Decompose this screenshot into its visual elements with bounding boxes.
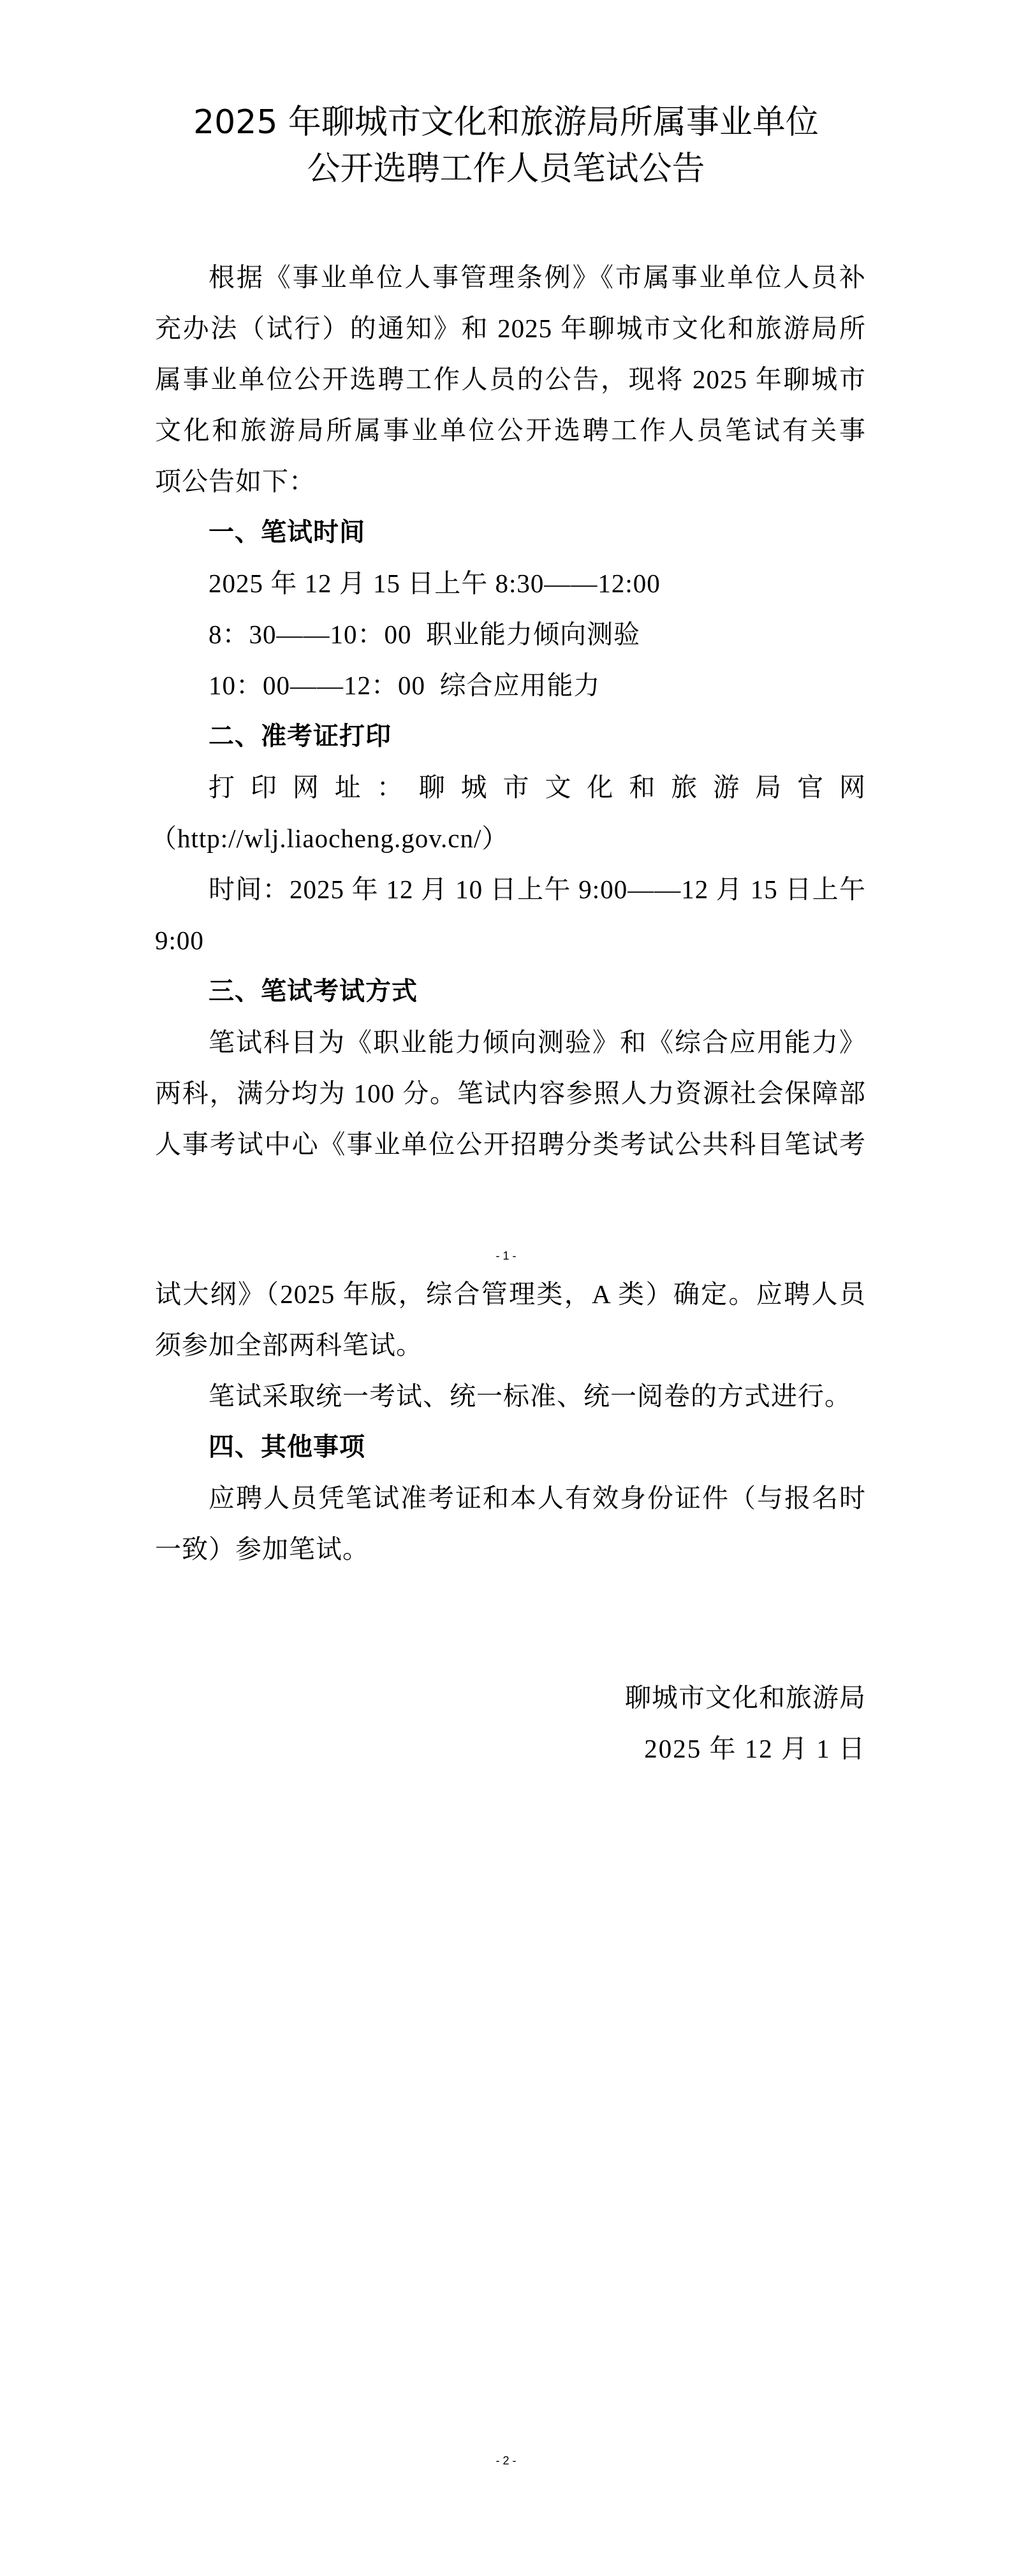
- section-line: 应聘人员凭笔试准考证和本人有效身份证件（与报名时: [209, 1482, 866, 1514]
- section-line: 2025 年 12 月 15 日上午 8:30——12:00: [209, 567, 866, 599]
- section-line: 时间：2025 年 12 月 10 日上午 9:00——12 月 15 日上午: [209, 873, 866, 905]
- section-heading: 二、准考证打印: [209, 720, 866, 752]
- print-url-link[interactable]: （http://wlj.liaocheng.gov.cn/）: [150, 822, 862, 854]
- section-line: 须参加全部两科笔试。: [155, 1329, 866, 1361]
- intro-line: 文化和旅游局所属事业单位公开选聘工作人员笔试有关事: [155, 414, 866, 446]
- intro-line: 属事业单位公开选聘工作人员的公告，现将 2025 年聊城市: [155, 363, 866, 395]
- print-url-label: 打印网址：聊城市文化和旅游局官网: [209, 771, 866, 803]
- section-line: 两科，满分均为 100 分。笔试内容参照人力资源社会保障部: [155, 1077, 866, 1109]
- section-heading: 四、其他事项: [209, 1431, 866, 1463]
- page-number-1: - 1 -: [0, 1248, 1012, 1263]
- section-heading: 一、笔试时间: [209, 516, 866, 548]
- section-line: 人事考试中心《事业单位公开招聘分类考试公共科目笔试考: [155, 1128, 866, 1160]
- section-line: 8：30——10：00 职业能力倾向测验: [209, 618, 866, 650]
- section-line: 试大纲》（2025 年版，综合管理类，A 类）确定。应聘人员: [155, 1278, 866, 1310]
- page-number-2: - 2 -: [0, 2453, 1012, 2468]
- document-title-line-2: 公开选聘工作人员笔试公告: [0, 149, 1012, 189]
- section-line: 10：00——12：00 综合应用能力: [209, 669, 866, 701]
- intro-line: 项公告如下：: [155, 465, 866, 497]
- section-line: 笔试科目为《职业能力倾向测验》和《综合应用能力》: [209, 1026, 866, 1058]
- document-title-line-1: 2025 年聊城市文化和旅游局所属事业单位: [0, 102, 1012, 143]
- section-line: 9:00: [155, 924, 866, 956]
- signature-organization: 聊城市文化和旅游局: [625, 1682, 866, 1714]
- intro-line: 根据《事业单位人事管理条例》《市属事业单位人员补: [209, 261, 866, 293]
- signature-date: 2025 年 12 月 1 日: [644, 1733, 866, 1765]
- intro-line: 充办法（试行）的通知》和 2025 年聊城市文化和旅游局所: [155, 312, 866, 344]
- section-line: 笔试采取统一考试、统一标准、统一阅卷的方式进行。: [209, 1380, 866, 1412]
- section-line: 一致）参加笔试。: [155, 1533, 866, 1565]
- section-heading: 三、笔试考试方式: [209, 975, 866, 1007]
